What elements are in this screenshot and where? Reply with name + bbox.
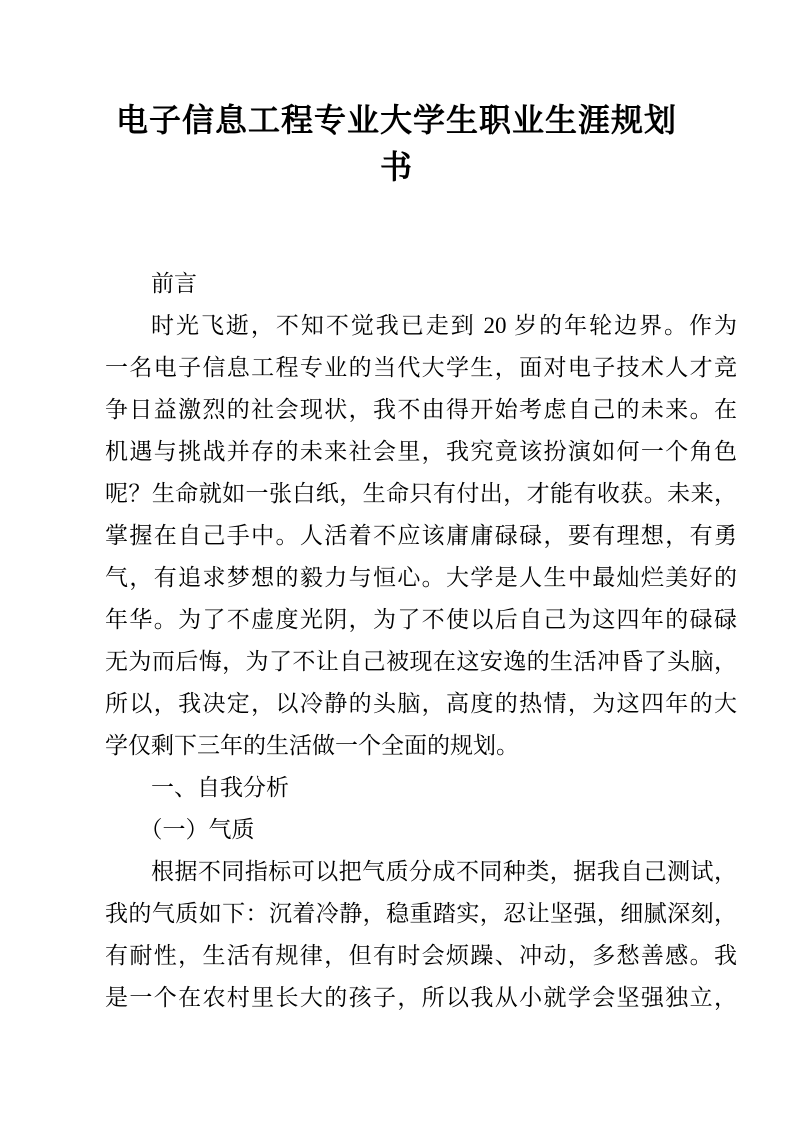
preface-heading: 前言 [105,263,737,305]
text-line: 呢？生命就如一张白纸，生命只有付出，才能有收获。未来， [105,473,737,515]
text-line: 有耐性，生活有规律，但有时会烦躁、冲动，多愁善感。我 [105,935,737,977]
section-heading-self-analysis: 一、自我分析 [105,767,737,809]
document-body: 前言 时光飞逝，不知不觉我已走到 20 岁的年轮边界。作为 一名电子信息工程专业… [105,263,737,1019]
text-line: 所以，我决定，以冷静的头脑，高度的热情，为这四年的大 [105,683,737,725]
subsection-heading-temperament: （一）气质 [105,809,737,851]
text-line: 我的气质如下：沉着冷静，稳重踏实，忍让坚强，细腻深刻， [105,893,737,935]
title-line-2: 书 [0,144,793,191]
text-line: 无为而后悔，为了不让自己被现在这安逸的生活冲昏了头脑， [105,641,737,683]
text-line: 年华。为了不虚度光阴，为了不使以后自己为这四年的碌碌 [105,599,737,641]
document-title: 电子信息工程专业大学生职业生涯规划 书 [0,97,793,191]
text-line: 掌握在自己手中。人活着不应该庸庸碌碌，要有理想，有勇 [105,515,737,557]
text-line: 一名电子信息工程专业的当代大学生，面对电子技术人才竞 [105,347,737,389]
text-line: 机遇与挑战并存的未来社会里，我究竟该扮演如何一个角色 [105,431,737,473]
text-line: 根据不同指标可以把气质分成不同种类，据我自己测试， [105,851,737,893]
text-line: 争日益激烈的社会现状，我不由得开始考虑自己的未来。在 [105,389,737,431]
text-line: 学仅剩下三年的生活做一个全面的规划。 [105,725,737,767]
text-line: 是一个在农村里长大的孩子，所以我从小就学会坚强独立， [105,977,737,1019]
text-line: 时光飞逝，不知不觉我已走到 20 岁的年轮边界。作为 [105,305,737,347]
title-line-1: 电子信息工程专业大学生职业生涯规划 [0,97,793,144]
text-line: 气，有追求梦想的毅力与恒心。大学是人生中最灿烂美好的 [105,557,737,599]
document-page: 电子信息工程专业大学生职业生涯规划 书 前言 时光飞逝，不知不觉我已走到 20 … [0,0,793,1122]
